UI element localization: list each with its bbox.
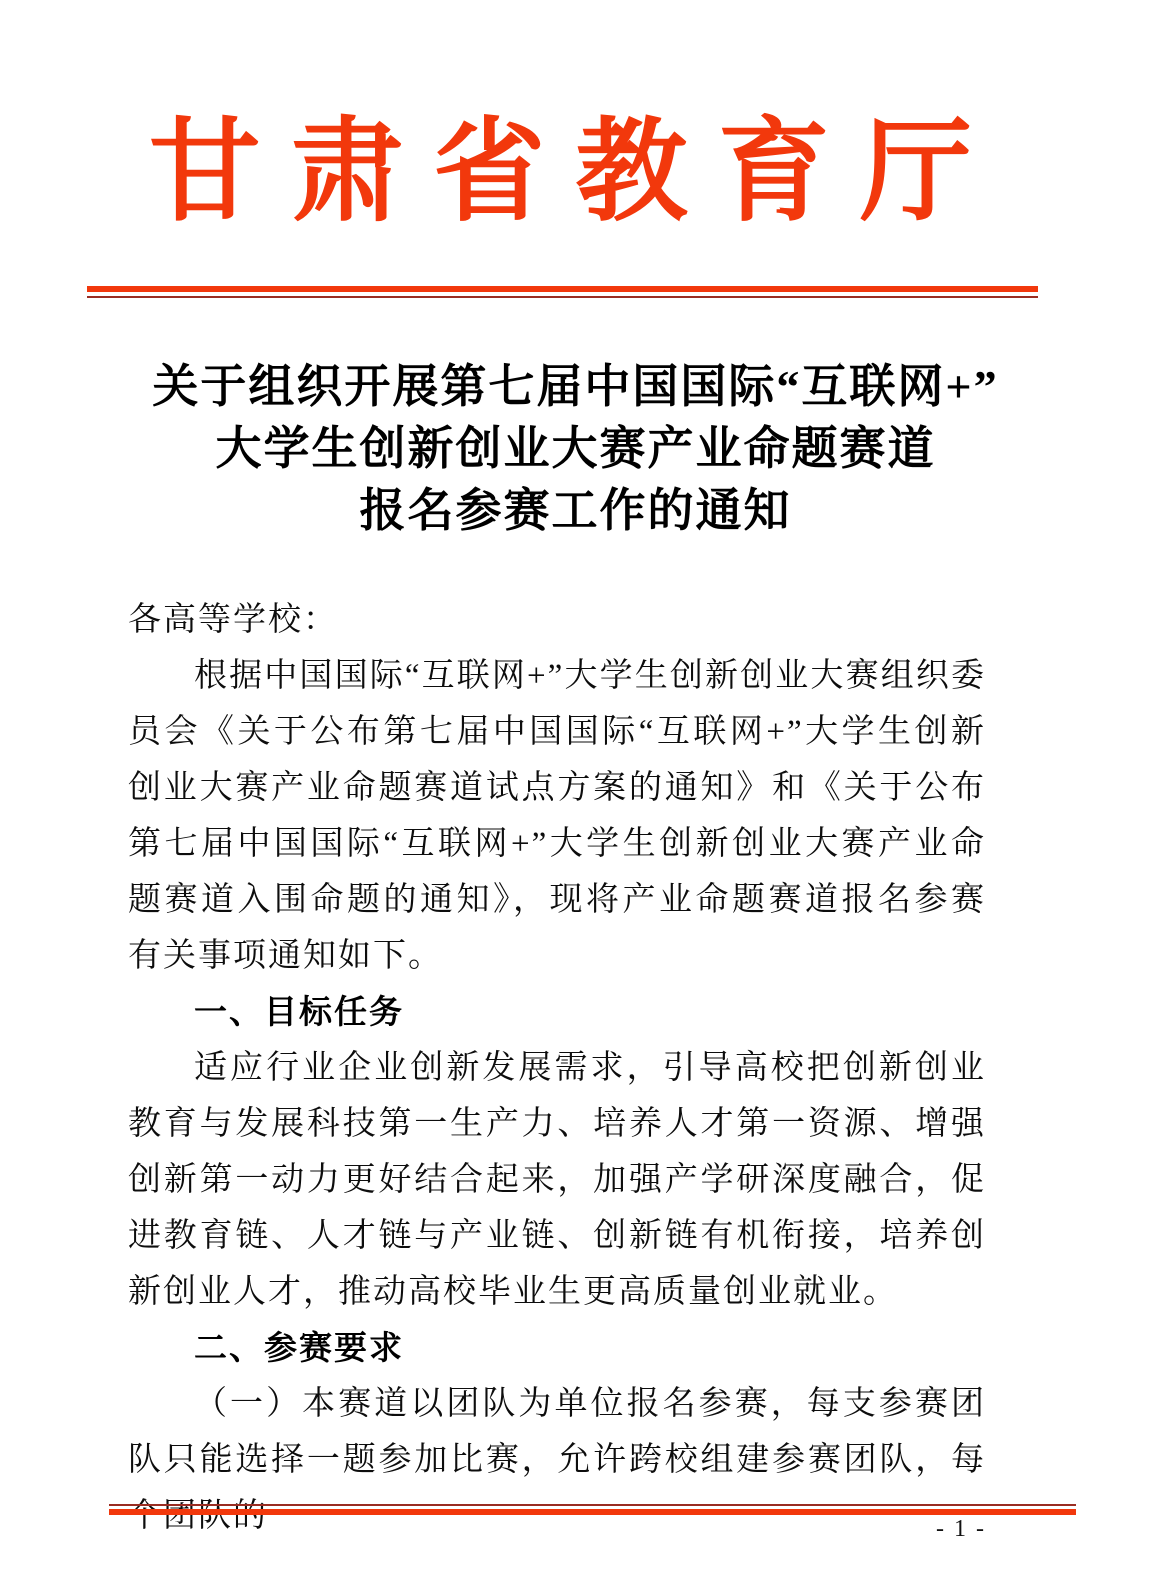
- agency-masthead: 甘肃省教育厅: [0, 112, 1151, 235]
- section-2-paragraph: （一）本赛道以团队为单位报名参赛，每支参赛团队只能选择一题参加比赛，允许跨校组建…: [128, 1376, 986, 1544]
- page-number: - 1 -: [936, 1516, 986, 1543]
- header-rule-thin: [87, 296, 1038, 298]
- document-body: 各高等学校： 根据中国国际“互联网+”大学生创新创业大赛组织委员会《关于公布第七…: [128, 592, 986, 1544]
- section-2-heading: 二、参赛要求: [128, 1320, 986, 1376]
- section-1-paragraph: 适应行业企业创新发展需求，引导高校把创新创业教育与发展科技第一生产力、培养人才第…: [128, 1040, 986, 1320]
- section-1-heading: 一、目标任务: [128, 984, 986, 1040]
- document-page: 甘肃省教育厅 关于组织开展第七届中国国际“互联网+” 大学生创新创业大赛产业命题…: [0, 0, 1151, 1572]
- document-title-line-2: 大学生创新创业大赛产业命题赛道: [0, 418, 1151, 480]
- footer-double-rule: [109, 1504, 1076, 1515]
- document-title-line-3: 报名参赛工作的通知: [0, 480, 1151, 542]
- intro-paragraph: 根据中国国际“互联网+”大学生创新创业大赛组织委员会《关于公布第七届中国国际“互…: [128, 648, 986, 984]
- footer-rule-thick: [109, 1509, 1076, 1515]
- document-title: 关于组织开展第七届中国国际“互联网+” 大学生创新创业大赛产业命题赛道 报名参赛…: [0, 356, 1151, 542]
- header-double-rule: [87, 286, 1038, 298]
- salutation: 各高等学校：: [128, 592, 986, 648]
- document-title-line-1: 关于组织开展第七届中国国际“互联网+”: [0, 356, 1151, 418]
